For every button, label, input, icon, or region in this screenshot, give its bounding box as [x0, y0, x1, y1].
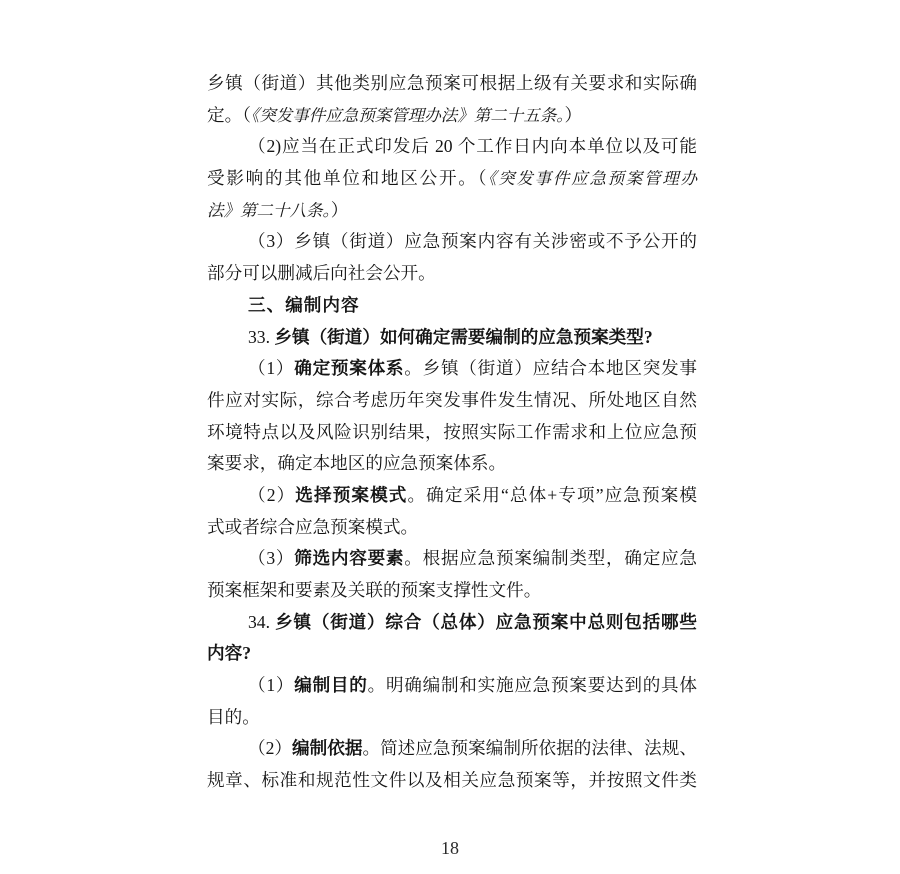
body-text: 式或者综合应急预案模式。: [207, 517, 418, 537]
body-text: 案要求，确定本地区的应急预案体系。: [207, 453, 506, 473]
body-text: 34.: [248, 612, 275, 632]
citation-text: 《突发事件应急预案管理办法》第二十五条。: [251, 106, 565, 125]
text-line-11: 件应对实际，综合考虑历年突发事件发生情况、所处地区自然: [207, 385, 697, 417]
text-line-8: 三、编制内容: [207, 290, 697, 322]
body-text: （2)应当在正式印发后 20 个工作日内向本单位以及可能: [248, 136, 697, 156]
text-line-13: 案要求，确定本地区的应急预案体系。: [207, 448, 697, 480]
page-number: 18: [0, 838, 900, 859]
body-text: （1）: [248, 675, 294, 695]
text-line-19: 内容?: [207, 638, 697, 670]
body-text: ）: [564, 105, 582, 125]
body-text: （1）: [248, 358, 294, 378]
body-text: ）: [331, 200, 349, 220]
body-text: 受影响的其他单位和地区公开。（: [207, 168, 488, 188]
body-text: 环境特点以及风险识别结果，按照实际工作需求和上位应急预: [207, 422, 697, 442]
body-text: （3）: [248, 548, 294, 568]
text-line-12: 环境特点以及风险识别结果，按照实际工作需求和上位应急预: [207, 417, 697, 449]
text-line-10: （1）确定预案体系。乡镇（街道）应结合本地区突发事: [207, 353, 697, 385]
text-line-5: 法》第二十八条。）: [207, 195, 697, 227]
text-block: 乡镇（街道）其他类别应急预案可根据上级有关要求和实际确定。（《突发事件应急预案管…: [207, 68, 697, 797]
text-line-17: 预案框架和要素及关联的预案支撑性文件。: [207, 575, 697, 607]
body-text: 部分可以删减后向社会公开。: [207, 263, 436, 283]
text-line-18: 34. 乡镇（街道）综合（总体）应急预案中总则包括哪些: [207, 607, 697, 639]
body-text: （2）: [248, 738, 292, 758]
text-line-6: （3）乡镇（街道）应急预案内容有关涉密或不予公开的: [207, 226, 697, 258]
text-line-3: （2)应当在正式印发后 20 个工作日内向本单位以及可能: [207, 131, 697, 163]
text-line-7: 部分可以删减后向社会公开。: [207, 258, 697, 290]
section-heading-text: 三、编制内容: [248, 295, 360, 315]
bold-text: 筛选内容要素: [294, 548, 404, 568]
bold-text: 内容?: [207, 643, 251, 663]
body-text: （2）: [248, 485, 295, 505]
body-text: 。乡镇（街道）应结合本地区突发事: [404, 358, 697, 378]
text-line-20: （1）编制目的。明确编制和实施应急预案要达到的具体: [207, 670, 697, 702]
text-line-16: （3）筛选内容要素。根据应急预案编制类型，确定应急: [207, 543, 697, 575]
body-text: 33.: [248, 327, 274, 347]
text-line-22: （2）编制依据。简述应急预案编制所依据的法律、法规、: [207, 733, 697, 765]
body-text: （3）乡镇（街道）应急预案内容有关涉密或不予公开的: [248, 231, 697, 251]
bold-text: 确定预案体系: [294, 358, 404, 378]
body-text: 。简述应急预案编制所依据的法律、法规、: [362, 738, 697, 758]
body-text: 目的。: [207, 707, 260, 727]
text-line-4: 受影响的其他单位和地区公开。（《突发事件应急预案管理办: [207, 163, 697, 195]
text-line-14: （2）选择预案模式。确定采用“总体+专项”应急预案模: [207, 480, 697, 512]
text-line-2: 定。（《突发事件应急预案管理办法》第二十五条。）: [207, 100, 697, 132]
body-text: 。根据应急预案编制类型，确定应急: [404, 548, 697, 568]
body-text: 。确定采用“总体+专项”应急预案模: [407, 485, 697, 505]
bold-text: 编制依据: [292, 738, 362, 758]
bold-text: 编制目的: [294, 675, 367, 695]
bold-text: 乡镇（街道）如何确定需要编制的应急预案类型?: [274, 327, 652, 347]
citation-text: 法》第二十八条。: [207, 201, 331, 220]
citation-text: 《突发事件应急预案管理办: [488, 169, 697, 188]
text-line-1: 乡镇（街道）其他类别应急预案可根据上级有关要求和实际确: [207, 68, 697, 100]
text-line-15: 式或者综合应急预案模式。: [207, 512, 697, 544]
body-text: 。明确编制和实施应急预案要达到的具体: [368, 675, 697, 695]
body-text: 预案框架和要素及关联的预案支撑性文件。: [207, 580, 541, 600]
body-text: 定。（: [207, 105, 251, 125]
text-line-23: 规章、标准和规范性文件以及相关应急预案等，并按照文件类: [207, 765, 697, 797]
body-text: 规章、标准和规范性文件以及相关应急预案等，并按照文件类: [207, 770, 697, 790]
text-line-9: 33. 乡镇（街道）如何确定需要编制的应急预案类型?: [207, 322, 697, 354]
bold-text: 乡镇（街道）综合（总体）应急预案中总则包括哪些: [275, 612, 697, 632]
bold-text: 选择预案模式: [295, 485, 407, 505]
body-text: 件应对实际，综合考虑历年突发事件发生情况、所处地区自然: [207, 390, 697, 410]
document-page: 乡镇（街道）其他类别应急预案可根据上级有关要求和实际确定。（《突发事件应急预案管…: [0, 0, 900, 874]
body-text: 乡镇（街道）其他类别应急预案可根据上级有关要求和实际确: [207, 73, 697, 93]
text-line-21: 目的。: [207, 702, 697, 734]
